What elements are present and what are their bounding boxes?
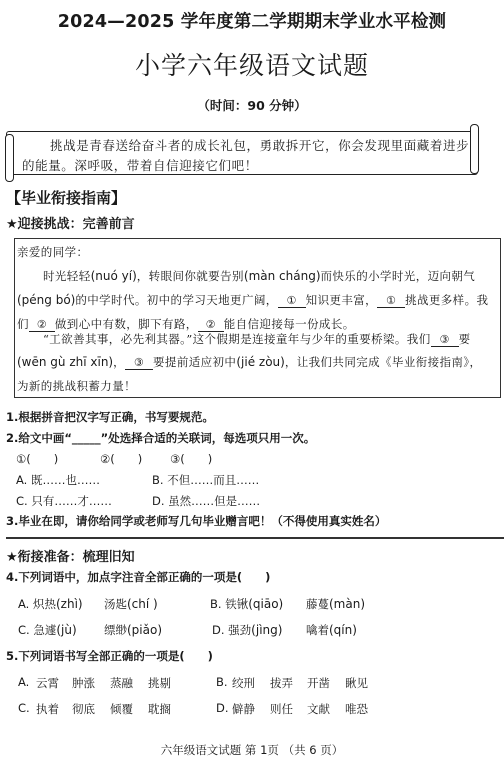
passage-line-2: (péng bó)的中学时代。初中的学习天地更广阔，①知识更丰富，①挑战更多样。…	[17, 292, 488, 308]
exam-time-limit: （时间：90 分钟）	[0, 96, 504, 114]
option-word: 急遽	[33, 623, 56, 637]
q4-option-d-word2: 噙着(qín)	[306, 622, 357, 638]
q4-option-d[interactable]: D. 强劲(jìng)	[212, 622, 282, 638]
option-pinyin: (piǎo)	[127, 623, 162, 637]
passage-text: 要	[459, 332, 471, 346]
q5-option-d[interactable]: D.	[216, 701, 229, 715]
q4-option-a[interactable]: A. 炽热(zhì)	[18, 596, 83, 612]
option-label: B.	[210, 597, 222, 611]
option-label: C.	[18, 701, 30, 715]
option-pinyin: (jù)	[56, 623, 76, 637]
blank-1a[interactable]: ①	[278, 294, 306, 308]
blank-1b[interactable]: ①	[377, 294, 405, 308]
option-word: 强劲	[228, 623, 251, 637]
q4-option-b[interactable]: B. 铁锹(qiāo)	[210, 596, 283, 612]
option-pinyin: (jìng)	[251, 623, 282, 637]
q2-option-c: C. 只有……才……	[16, 493, 112, 509]
section-title-graduation-guide: 【毕业衔接指南】	[6, 187, 126, 208]
q5-option-a[interactable]: A.	[18, 675, 29, 689]
passage-text: 的中学时代。初中的学习天地更广阔，	[75, 293, 277, 307]
section-divider	[6, 537, 504, 539]
passage-text: 时光轻轻	[43, 269, 91, 283]
option-label: D.	[216, 701, 229, 715]
option-word: 彻底	[72, 701, 95, 717]
blank-3a[interactable]: ③	[431, 333, 459, 347]
passage-text: ，让我们共同完成《毕业衔接指南》，	[285, 355, 482, 369]
option-word: 绞刑	[232, 675, 255, 691]
q2-option-a: A. 既……也……	[16, 472, 100, 488]
passage-text: ，转眼间你就要告别	[137, 269, 244, 283]
option-label: C.	[18, 623, 30, 637]
passage-line-1: 时光轻轻(nuó yí)，转眼间你就要告别(màn cháng)而快乐的小学时光…	[43, 268, 475, 284]
option-word: 云霄	[36, 675, 59, 691]
option-pinyin: (qín)	[329, 623, 357, 637]
option-word: 则任	[270, 701, 293, 717]
passage-line-4: “工欲善其事，必先利其器。”这个假期是连接童年与少年的重要桥梁。我们③要	[43, 331, 471, 347]
exam-header-title: 2024—2025 学年度第二学期期末学业水平检测	[0, 8, 504, 33]
pinyin-prompt: (nuó yí)	[91, 269, 137, 283]
q2-option-d: D. 虽然……但是……	[152, 493, 260, 509]
q2-answer-slot-1[interactable]: ①( )	[16, 451, 58, 467]
option-word: 唯恐	[345, 701, 368, 717]
option-word: 肿涨	[72, 675, 95, 691]
question-4: 4.下列词语中，加点字注音全部正确的一项是( )	[6, 569, 270, 585]
option-word: 蒸融	[110, 675, 133, 691]
option-word: 拔弄	[270, 675, 293, 691]
passage-text: 挑战更多样。我	[405, 293, 488, 307]
q2-answer-slot-2[interactable]: ②( )	[100, 451, 142, 467]
subsection-title-challenge: ★迎接挑战：完善前言	[6, 213, 135, 232]
option-label: B.	[216, 675, 228, 689]
option-word: 藤蔓	[306, 597, 329, 611]
question-2: 2.给文中画“_____”处选择合适的关联词，每选项只用一次。	[6, 430, 315, 446]
option-pinyin: (qiāo)	[248, 597, 283, 611]
option-word: 僻静	[232, 701, 255, 717]
question-1: 1.根据拼音把汉字写正确，书写要规范。	[6, 409, 214, 425]
question-5: 5.下列词语书写全部正确的一项是( )	[6, 648, 213, 664]
blank-2a[interactable]: ②	[29, 318, 55, 332]
blank-3b[interactable]: ③	[125, 356, 153, 370]
exam-subject-title: 小学六年级语文试题	[0, 46, 504, 82]
page-footer: 六年级语文试题 第 1页 （共 6 页）	[0, 742, 504, 758]
pinyin-prompt: (jié zòu)	[236, 355, 284, 369]
option-word: 缥缈	[104, 623, 127, 637]
option-word: 噙着	[306, 623, 329, 637]
scroll-right-roll-icon	[470, 124, 479, 174]
q5-option-c[interactable]: C.	[18, 701, 30, 715]
option-word: 铁锹	[225, 597, 248, 611]
option-word: 挑剔	[148, 675, 171, 691]
banner-motto: 挑战是青春送给奋斗者的成长礼包，勇敢拆开它，你会发现里面藏着进步的能量。深呼吸，…	[22, 136, 470, 176]
option-label: A.	[18, 675, 29, 689]
blank-2b[interactable]: ②	[198, 318, 224, 332]
passage-line-5: (wēn gù zhī xīn)，③要提前适应初中(jié zòu)，让我们共同…	[17, 354, 481, 370]
option-pinyin: (chí )	[127, 597, 158, 611]
q4-option-a-word2: 汤匙(chí )	[104, 596, 158, 612]
option-word: 倾覆	[110, 701, 133, 717]
passage-text: 能自信迎接每一份成长。	[224, 317, 355, 331]
passage-text: 而快乐的小学时光，迈向朝气	[321, 269, 476, 283]
passage-line-3: 们②做到心中有数，脚下有路，②能自信迎接每一份成长。	[17, 316, 355, 332]
option-word: 文献	[307, 701, 330, 717]
q5-option-b[interactable]: B.	[216, 675, 228, 689]
passage-text: ，	[113, 355, 125, 369]
option-pinyin: (zhì)	[56, 597, 83, 611]
option-word: 瞅见	[345, 675, 368, 691]
passage-text: 知识更丰富，	[306, 293, 377, 307]
option-pinyin: (màn)	[329, 597, 365, 611]
scroll-left-roll-icon	[5, 134, 14, 182]
option-label: D.	[212, 623, 225, 637]
passage-text: 要提前适应初中	[153, 355, 236, 369]
q4-option-b-word2: 藤蔓(màn)	[306, 596, 365, 612]
pinyin-prompt: (péng bó)	[17, 293, 75, 307]
pinyin-prompt: (wēn gù zhī xīn)	[17, 355, 113, 369]
option-word: 执着	[36, 701, 59, 717]
option-word: 炽热	[33, 597, 56, 611]
question-3: 3.毕业在即，请你给同学或老师写几句毕业赠言吧！（不得使用真实姓名）	[6, 513, 386, 529]
q4-option-c-word2: 缥缈(piǎo)	[104, 622, 162, 638]
pinyin-prompt: (màn cháng)	[244, 269, 321, 283]
passage-greeting: 亲爱的同学：	[17, 244, 88, 260]
passage-line-6: 为新的挑战积蓄力量！	[17, 378, 136, 394]
q2-option-b: B. 不但……而且……	[152, 472, 259, 488]
option-label: A.	[18, 597, 29, 611]
q2-answer-slot-3[interactable]: ③( )	[170, 451, 212, 467]
option-word: 耽搁	[148, 701, 171, 717]
passage-text: 们	[17, 317, 29, 331]
subsection-title-review: ★衔接准备：梳理旧知	[6, 546, 135, 565]
q4-option-c[interactable]: C. 急遽(jù)	[18, 622, 77, 638]
passage-text: “工欲善其事，必先利其器。”这个假期是连接童年与少年的重要桥梁。我们	[43, 332, 431, 346]
option-word: 开凿	[307, 675, 330, 691]
option-word: 汤匙	[104, 597, 127, 611]
passage-text: 做到心中有数，脚下有路，	[55, 317, 198, 331]
